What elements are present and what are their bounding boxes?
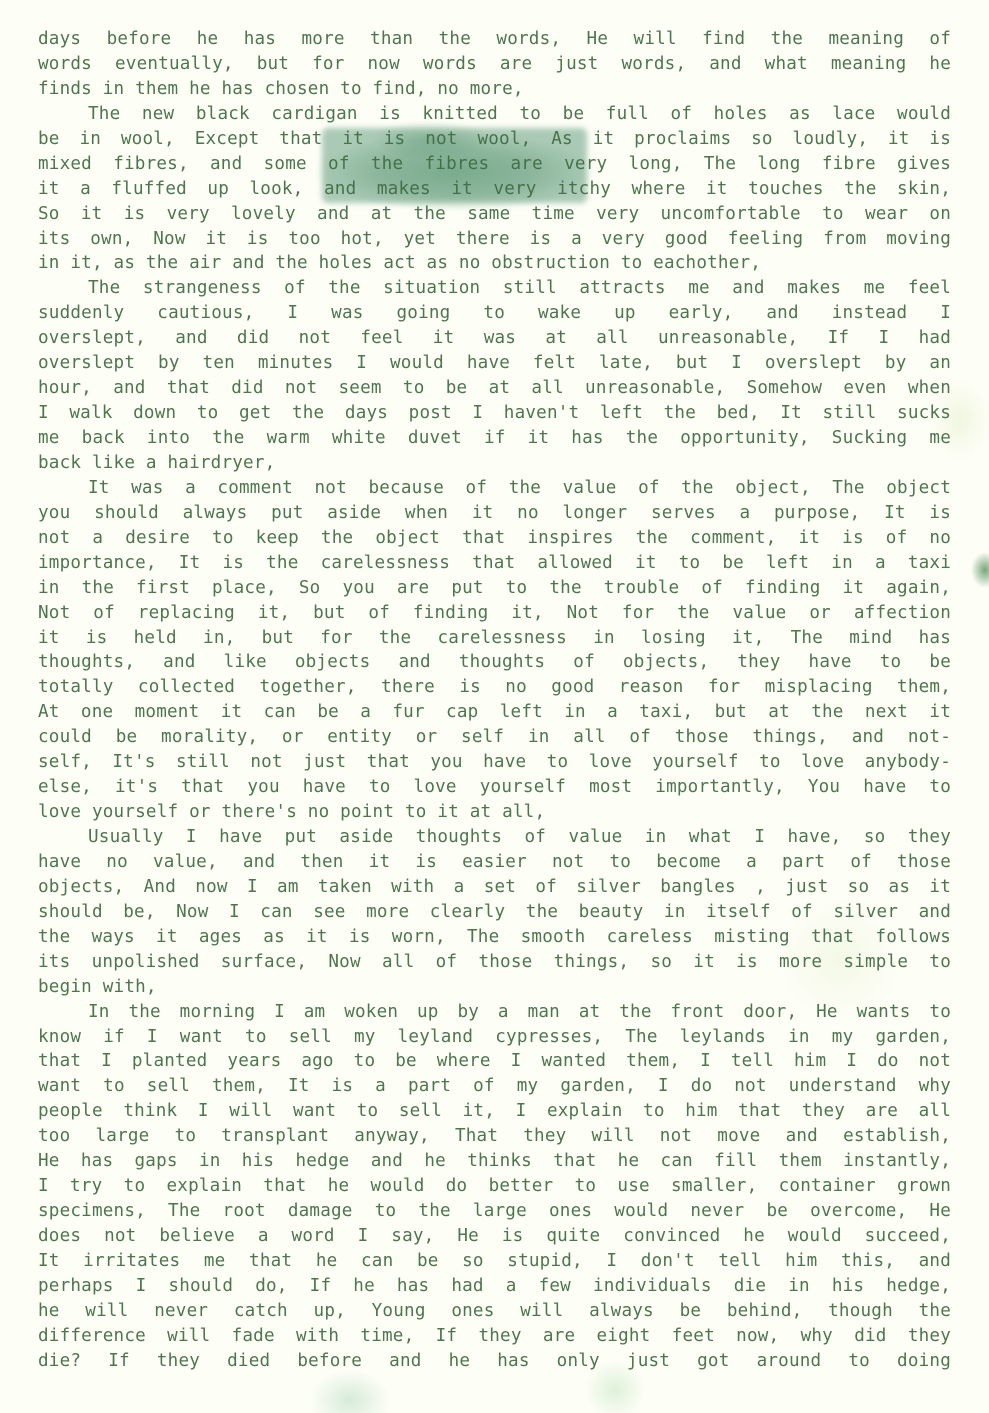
- text-line: difference will fade with time, If they …: [38, 1324, 951, 1349]
- text-line: me back into the warm white duvet if it …: [38, 426, 951, 451]
- text-line: specimens, The root damage to the large …: [38, 1199, 951, 1224]
- text-line: overslept, and did not feel it was at al…: [38, 326, 951, 351]
- text-line: its own, Now it is too hot, yet there is…: [38, 227, 951, 252]
- text-line: could be morality, or entity or self in …: [38, 725, 951, 750]
- text-line: want to sell them, It is a part of my ga…: [38, 1074, 951, 1099]
- text-line: love yourself or there's no point to it …: [38, 800, 951, 825]
- text-line: does not believe a word I say, He is qui…: [38, 1224, 951, 1249]
- text-line: he will never catch up, Young ones will …: [38, 1299, 951, 1324]
- text-line: self, It's still not just that you have …: [38, 750, 951, 775]
- text-line: the ways it ages as it is worn, The smoo…: [38, 925, 951, 950]
- text-line: die? If they died before and he has only…: [38, 1349, 951, 1374]
- text-line: should be, Now I can see more clearly th…: [38, 900, 951, 925]
- text-line: words eventually, but for now words are …: [38, 52, 951, 77]
- text-line: in it, as the air and the holes act as n…: [38, 251, 951, 276]
- text-line: else, it's that you have to love yoursel…: [38, 775, 951, 800]
- text-line: mixed fibres, and some of the fibres are…: [38, 152, 951, 177]
- text-line: objects, And now I am taken with a set o…: [38, 875, 951, 900]
- text-line: Usually I have put aside thoughts of val…: [38, 825, 951, 850]
- text-line: have no value, and then it is easier not…: [38, 850, 951, 875]
- text-line: in the first place, So you are put to th…: [38, 576, 951, 601]
- text-line: you should always put aside when it no l…: [38, 501, 951, 526]
- text-line: hour, and that did not seem to be at all…: [38, 376, 951, 401]
- text-line: that I planted years ago to be where I w…: [38, 1049, 951, 1074]
- text-line: He has gaps in his hedge and he thinks t…: [38, 1149, 951, 1174]
- text-line: be in wool, Except that it is not wool, …: [38, 127, 951, 152]
- text-line: perhaps I should do, If he has had a few…: [38, 1274, 951, 1299]
- text-line: So it is very lovely and at the same tim…: [38, 202, 951, 227]
- text-line: It irritates me that he can be so stupid…: [38, 1249, 951, 1274]
- text-line: Not of replacing it, but of finding it, …: [38, 601, 951, 626]
- text-line: begin with,: [38, 975, 951, 1000]
- text-line: It was a comment not because of the valu…: [38, 476, 951, 501]
- text-line: its unpolished surface, Now all of those…: [38, 950, 951, 975]
- text-line: back like a hairdryer,: [38, 451, 951, 476]
- text-line: overslept by ten minutes I would have fe…: [38, 351, 951, 376]
- text-line: it a fluffed up look, and makes it very …: [38, 177, 951, 202]
- typewritten-text-block: days before he has more than the words, …: [38, 27, 951, 1374]
- text-line: finds in them he has chosen to find, no …: [38, 77, 951, 102]
- text-line: I try to explain that he would do better…: [38, 1174, 951, 1199]
- text-line: totally collected together, there is no …: [38, 675, 951, 700]
- text-line: At one moment it can be a fur cap left i…: [38, 700, 951, 725]
- text-line: know if I want to sell my leyland cypres…: [38, 1025, 951, 1050]
- text-line: days before he has more than the words, …: [38, 27, 951, 52]
- text-line: too large to transplant anyway, That the…: [38, 1124, 951, 1149]
- text-line: it is held in, but for the carelessness …: [38, 626, 951, 651]
- text-line: The new black cardigan is knitted to be …: [38, 102, 951, 127]
- text-line: The strangeness of the situation still a…: [38, 276, 951, 301]
- text-line: In the morning I am woken up by a man at…: [38, 1000, 951, 1025]
- text-line: thoughts, and like objects and thoughts …: [38, 650, 951, 675]
- text-line: people think I will want to sell it, I e…: [38, 1099, 951, 1124]
- scanned-page: days before he has more than the words, …: [0, 0, 989, 1413]
- text-line: importance, It is the carelessness that …: [38, 551, 951, 576]
- text-line: suddenly cautious, I was going to wake u…: [38, 301, 951, 326]
- text-line: I walk down to get the days post I haven…: [38, 401, 951, 426]
- text-line: not a desire to keep the object that ins…: [38, 526, 951, 551]
